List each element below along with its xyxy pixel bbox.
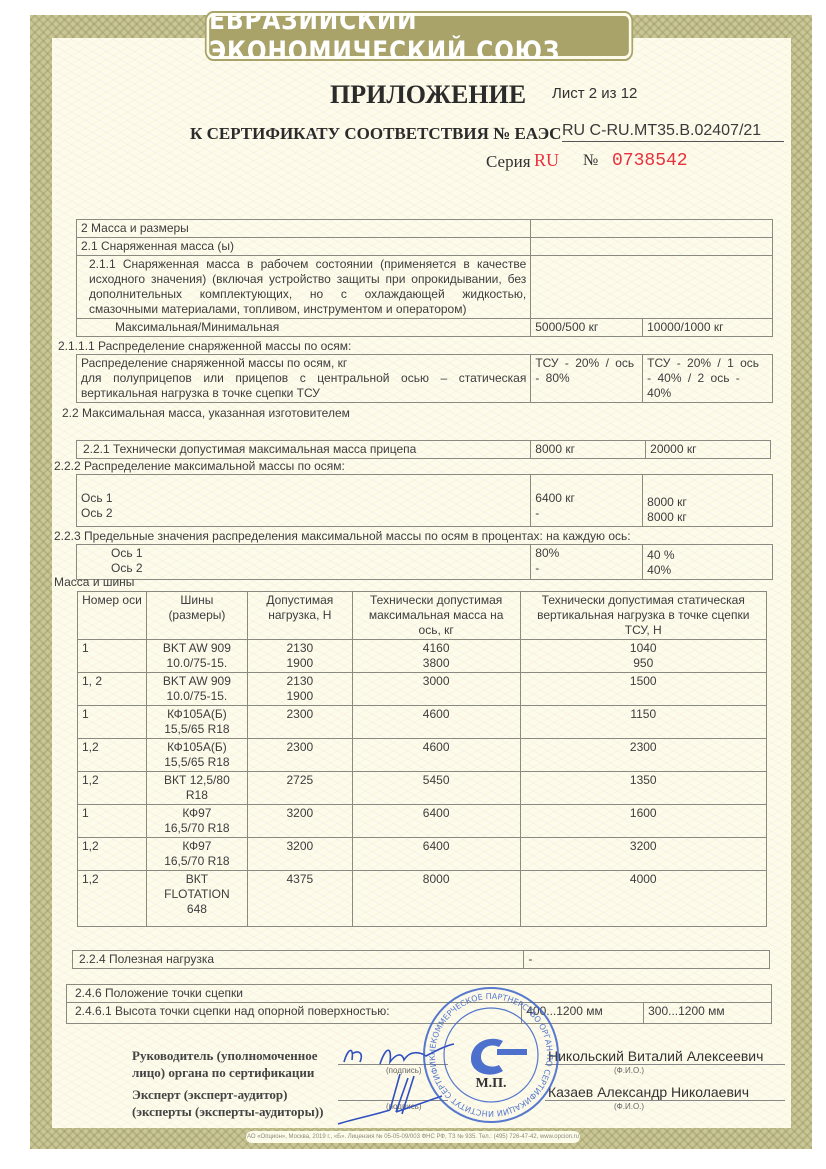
head-signatory-label: Руководитель (уполномоченное лицо) орган… bbox=[132, 1047, 332, 1081]
head-name: Никольский Виталий Алексеевич bbox=[548, 1048, 763, 1064]
tire-column-header: Технически допустимая максимальная масса… bbox=[352, 592, 520, 640]
tire-cell-mass: 4160 3800 bbox=[352, 640, 520, 673]
tire-cell-load: 3200 bbox=[247, 805, 352, 838]
tire-cell-axle: 1 bbox=[78, 640, 147, 673]
printer-imprint: АО «Опцион», Москва, 2019 г., «Б». Лицен… bbox=[246, 1131, 580, 1143]
tire-column-header: Допустимая нагрузка, Н bbox=[247, 592, 352, 640]
tire-cell-hitch: 2300 bbox=[520, 739, 766, 772]
tire-cell-axle: 1 bbox=[78, 805, 147, 838]
tire-table: Номер осиШины (размеры)Допустимая нагруз… bbox=[77, 591, 767, 927]
tire-cell-hitch: 3200 bbox=[520, 838, 766, 871]
payload-label: 2.2.4 Полезная нагрузка bbox=[73, 951, 524, 969]
payload-value: - bbox=[524, 951, 770, 969]
tire-row: 1BKT AW 909 10.0/75-15.2130 19004160 380… bbox=[78, 640, 767, 673]
tire-column-header: Технически допустимая статическая вертик… bbox=[520, 592, 766, 640]
tire-cell-mass: 4600 bbox=[352, 706, 520, 739]
tire-cell-axle: 1,2 bbox=[78, 739, 147, 772]
tire-cell-axle: 1, 2 bbox=[78, 673, 147, 706]
tire-cell-hitch: 1500 bbox=[520, 673, 766, 706]
row-curb-mass-operating: 2.1.1 Снаряженная масса в рабочем состоя… bbox=[77, 256, 531, 319]
head-name-line bbox=[545, 1064, 785, 1065]
tire-cell-mass: 8000 bbox=[352, 871, 520, 927]
curb-distribution-value-2: ТСУ - 20% / 1 ось - 40% / 2 ось - 40% bbox=[643, 355, 773, 403]
axle1-label: Ось 1 bbox=[81, 491, 526, 506]
tire-cell-mass: 6400 bbox=[352, 838, 520, 871]
expert-name-caption: (Ф.И.О.) bbox=[614, 1102, 644, 1111]
axle2-percent-value-2: 40% bbox=[647, 563, 768, 578]
curb-distribution-line2: для полуприцепов или прицепов с централь… bbox=[81, 371, 526, 401]
tire-row: 1, 2BKT AW 909 10.0/75-15.2130 190030001… bbox=[78, 673, 767, 706]
tire-row: 1,2ВКТ 12,5/80 R18272554501350 bbox=[78, 772, 767, 805]
tire-cell-load: 2300 bbox=[247, 706, 352, 739]
heading-222: 2.2.2 Распределение максимальной массы п… bbox=[54, 459, 345, 473]
max-mass-value-2: 20000 кг bbox=[646, 441, 771, 459]
axle1-percent-value-1: 80% bbox=[535, 546, 638, 561]
tire-cell-tire: ВКТ FLOTATION 648 bbox=[146, 871, 247, 927]
tire-row: 1КФ105А(Б) 15,5/65 R18230046001150 bbox=[78, 706, 767, 739]
tire-cell-mass: 4600 bbox=[352, 739, 520, 772]
mass-table: 2 Масса и размеры 2.1 Снаряженная масса … bbox=[76, 219, 773, 337]
sheet-counter: Лист 2 из 12 bbox=[552, 85, 637, 102]
tire-column-header: Номер оси bbox=[78, 592, 147, 640]
svg-text:М.П.: М.П. bbox=[475, 1076, 506, 1091]
heading-22: 2.2 Максимальная масса, указанная изгото… bbox=[62, 406, 350, 420]
heading-223: 2.2.3 Предельные значения распределения … bbox=[54, 529, 631, 543]
axle2-value-1: - bbox=[535, 506, 638, 521]
row-curb-mass: 2.1 Снаряженная масса (ы) bbox=[77, 238, 531, 256]
curb-distribution-value-1: ТСУ - 20% / ось - 80% bbox=[531, 355, 643, 403]
number-sign: № bbox=[583, 152, 598, 170]
max-mass-value-1: 8000 кг bbox=[531, 441, 646, 459]
tire-cell-tire: ВКТ 12,5/80 R18 bbox=[146, 772, 247, 805]
head-name-caption: (Ф.И.О.) bbox=[614, 1066, 644, 1075]
tire-cell-load: 2130 1900 bbox=[247, 673, 352, 706]
axle2-percent-value-1: - bbox=[535, 561, 638, 576]
max-mass-label: 2.2.1 Технически допустимая максимальная… bbox=[77, 441, 531, 459]
tire-cell-hitch: 1040 950 bbox=[520, 640, 766, 673]
tire-cell-tire: КФ97 16,5/70 R18 bbox=[146, 805, 247, 838]
tire-cell-mass: 6400 bbox=[352, 805, 520, 838]
expert-name: Казаев Александр Николаевич bbox=[548, 1084, 749, 1100]
page-title: ПРИЛОЖЕНИЕ bbox=[330, 80, 526, 110]
tire-column-header: Шины (размеры) bbox=[146, 592, 247, 640]
axle1-value-1: 6400 кг bbox=[535, 491, 638, 506]
max-percent-table: Ось 1 Ось 2 80% - 40 % 40% bbox=[76, 544, 773, 580]
max-min-value-2: 10000/1000 кг bbox=[643, 319, 773, 337]
tire-cell-load: 4375 bbox=[247, 871, 352, 927]
hitch-position-label: 2.4.6 Положение точки сцепки bbox=[67, 985, 772, 1003]
tire-cell-load: 2300 bbox=[247, 739, 352, 772]
axle2-value-2: 8000 кг bbox=[647, 510, 768, 525]
series-label: Серия bbox=[486, 152, 531, 172]
tire-cell-tire: КФ97 16,5/70 R18 bbox=[146, 838, 247, 871]
tire-cell-load: 3200 bbox=[247, 838, 352, 871]
tire-cell-axle: 1 bbox=[78, 706, 147, 739]
tire-cell-tire: КФ105А(Б) 15,5/65 R18 bbox=[146, 706, 247, 739]
certification-stamp: НЕКОММЕРЧЕСКОЕ ПАРТНЕРСТВО ОРГАН ПО СЕРТ… bbox=[421, 985, 561, 1125]
tire-row: 1КФ97 16,5/70 R18320064001600 bbox=[78, 805, 767, 838]
axle2-label: Ось 2 bbox=[81, 506, 526, 521]
union-banner: ЕВРАЗИЙСКИЙ ЭКОНОМИЧЕСКИЙ СОЮЗ bbox=[207, 13, 632, 59]
tire-cell-hitch: 1600 bbox=[520, 805, 766, 838]
max-min-value-1: 5000/500 кг bbox=[531, 319, 643, 337]
tire-cell-axle: 1,2 bbox=[78, 772, 147, 805]
tire-row: 1,2КФ105А(Б) 15,5/65 R18230046002300 bbox=[78, 739, 767, 772]
heading-tires: Масса и шины bbox=[54, 575, 134, 589]
axle1-value-2: 8000 кг bbox=[647, 495, 768, 510]
max-distribution-table: Ось 1 Ось 2 6400 кг - 8000 кг 8000 кг bbox=[76, 474, 773, 527]
tire-cell-hitch: 1150 bbox=[520, 706, 766, 739]
tire-cell-load: 2130 1900 bbox=[247, 640, 352, 673]
tire-cell-mass: 3000 bbox=[352, 673, 520, 706]
certificate-label: К СЕРТИФИКАТУ СООТВЕТСТВИЯ № ЕАЭС bbox=[190, 124, 561, 144]
axle1-percent-label: Ось 1 bbox=[111, 546, 526, 561]
tire-cell-hitch: 4000 bbox=[520, 871, 766, 927]
hitch-table: 2.4.6 Положение точки сцепки 2.4.6.1 Выс… bbox=[66, 984, 772, 1024]
axle1-percent-value-2: 40 % bbox=[647, 548, 768, 563]
series-value: RU bbox=[534, 150, 559, 171]
tire-cell-load: 2725 bbox=[247, 772, 352, 805]
row-max-min-label: Максимальная/Минимальная bbox=[77, 319, 531, 337]
row-mass-dimensions: 2 Масса и размеры bbox=[77, 220, 531, 238]
tire-row: 1,2КФ97 16,5/70 R18320064003200 bbox=[78, 838, 767, 871]
expert-name-line bbox=[545, 1100, 785, 1101]
serial-number: 0738542 bbox=[612, 151, 688, 171]
tire-cell-tire: КФ105А(Б) 15,5/65 R18 bbox=[146, 739, 247, 772]
tire-row: 1,2ВКТ FLOTATION 648437580004000 bbox=[78, 871, 767, 927]
axle2-percent-label: Ось 2 bbox=[111, 561, 526, 576]
tire-cell-tire: BKT AW 909 10.0/75-15. bbox=[146, 673, 247, 706]
certificate-number: RU C-RU.MT35.B.02407/21 bbox=[562, 122, 784, 142]
expert-label: Эксперт (эксперт-аудитор) (эксперты (экс… bbox=[132, 1086, 342, 1120]
payload-table: 2.2.4 Полезная нагрузка - bbox=[72, 950, 770, 969]
max-mass-table: 2.2.1 Технически допустимая максимальная… bbox=[76, 440, 771, 459]
heading-2111: 2.1.1.1 Распределение снаряженной массы … bbox=[58, 339, 351, 353]
tire-cell-hitch: 1350 bbox=[520, 772, 766, 805]
tire-cell-axle: 1,2 bbox=[78, 838, 147, 871]
curb-distribution-line1: Распределение снаряженной массы по осям,… bbox=[81, 356, 526, 371]
tire-cell-tire: BKT AW 909 10.0/75-15. bbox=[146, 640, 247, 673]
curb-distribution-table: Распределение снаряженной массы по осям,… bbox=[76, 354, 773, 403]
tire-cell-mass: 5450 bbox=[352, 772, 520, 805]
hitch-height-value-2: 300...1200 мм bbox=[644, 1003, 772, 1024]
tire-cell-axle: 1,2 bbox=[78, 871, 147, 927]
